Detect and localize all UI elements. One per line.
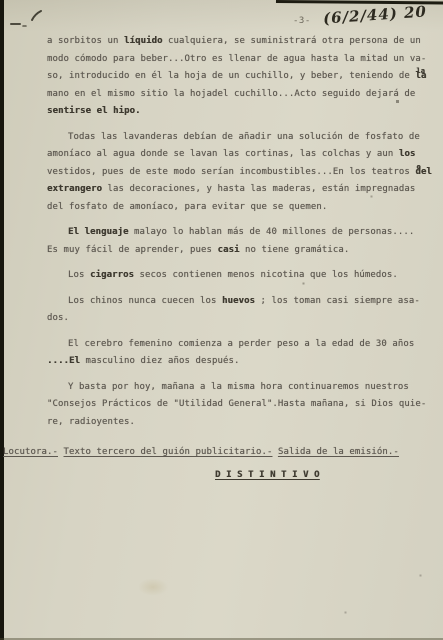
text-line: El lenguaje malayo lo hablan más de 40 m…: [47, 224, 430, 242]
text-line: amoníaco al agua donde se lavan las cort…: [47, 146, 430, 164]
text-segment: D I S T I N T I V O: [215, 470, 319, 480]
text-segment: casi: [217, 245, 239, 255]
text-segment: ; los toman casi siempre asa-: [255, 296, 420, 306]
text-line: a sorbitos un líquido cualquiera, se sum…: [47, 33, 430, 51]
text-segment: del fosfato de amoníaco, para evitar que…: [47, 202, 327, 212]
text-segment: sentirse el hipo.: [47, 106, 140, 116]
text-segment: Salida de la emisión.-: [278, 447, 399, 457]
text-segment: Locutora.-: [3, 447, 58, 457]
text-line: Todas las lavanderas debían de añadir un…: [47, 129, 430, 147]
text-segment: cigarros: [90, 270, 134, 280]
text-line: Es muy fácil de aprender, pues casi no t…: [47, 242, 430, 260]
text-segment: El cerebro femenino comienza a perder pe…: [68, 339, 414, 349]
scanned-document-page: (6/2/44) 20 -3- a sorbitos un líquido cu…: [0, 0, 443, 640]
text-segment: huevos: [222, 296, 255, 306]
text-segment: secos contienen menos nicotina que los h…: [134, 270, 398, 280]
text-segment: los: [399, 149, 416, 159]
distintivo: D I S T I N T I V O: [215, 467, 430, 485]
text-segment: re, radioyentes.: [47, 417, 135, 427]
paper-specks: [0, 0, 1, 1]
text-line: "Consejos Prácticos de "Utilidad General…: [47, 396, 430, 414]
handwritten-date-annotation: (6/2/44) 20: [322, 2, 427, 27]
text-segment: líquido: [124, 36, 163, 46]
scan-edge-left: [0, 0, 4, 640]
superscript-correction: e: [416, 159, 420, 177]
text-segment: masculino diez años después.: [80, 356, 239, 366]
text-line: ....El masculino diez años después.: [47, 353, 430, 371]
text-segment: a sorbitos un: [47, 36, 124, 46]
text-line: dos.: [47, 310, 430, 328]
text-line: so, introducido en él la hoja de un cuch…: [47, 68, 430, 86]
text-segment: dos.: [47, 313, 69, 323]
text-line: del fosfato de amoníaco, para evitar que…: [47, 199, 430, 217]
text-segment: amoníaco al agua donde se lavan las cort…: [47, 149, 399, 159]
text-line: Los cigarros secos contienen menos nicot…: [47, 267, 430, 285]
text-segment: Texto tercero del guión publicitario.-: [64, 447, 273, 457]
text-line: modo cómodo para beber...Otro es llenar …: [47, 51, 430, 69]
text-segment: las decoraciones, y hasta las maderas, e…: [102, 184, 415, 194]
text-segment: El lenguaje: [68, 227, 128, 237]
text-segment: extrangero: [47, 184, 102, 194]
text-segment: ....El: [47, 356, 80, 366]
text-segment: Los: [68, 270, 90, 280]
text-segment: modo cómodo para beber...Otro es llenar …: [47, 54, 426, 64]
text-segment: so, introducido en él la hoja de un cuch…: [47, 71, 415, 81]
text-line: vestidos, pues de este modo serían incom…: [47, 164, 430, 182]
text-line: El cerebro femenino comienza a perder pe…: [47, 336, 430, 354]
text-segment: Y basta por hoy, mañana a la misma hora …: [68, 382, 409, 392]
text-segment: lala: [415, 71, 426, 81]
footer-line: Locutora.- Texto tercero del guión publi…: [3, 444, 430, 462]
text-line: extrangero las decoraciones, y hasta las…: [47, 181, 430, 199]
typewritten-text: a sorbitos un líquido cualquiera, se sum…: [47, 33, 430, 484]
text-line: re, radioyentes.: [47, 414, 430, 432]
text-segment: dele: [415, 167, 432, 177]
text-line: mano en el mismo sitio la hojadel cuchil…: [47, 86, 430, 104]
text-segment: no tiene gramática.: [239, 245, 349, 255]
pen-scribble-marks: [8, 8, 62, 34]
page-number: -3-: [293, 16, 311, 26]
text-line: sentirse el hipo.: [47, 103, 430, 121]
text-segment: Los chinos nunca cuecen los: [68, 296, 222, 306]
paper-stain: [138, 578, 168, 596]
text-segment: Todas las lavanderas debían de añadir un…: [68, 132, 420, 142]
text-segment: Es muy fácil de aprender, pues: [47, 245, 217, 255]
superscript-correction: la: [416, 63, 424, 81]
text-segment: "Consejos Prácticos de "Utilidad General…: [47, 399, 426, 409]
text-segment: mano en el mismo sitio la hojadel cuchil…: [47, 89, 415, 99]
text-segment: malayo lo hablan más de 40 millones de p…: [128, 227, 414, 237]
text-segment: cualquiera, se suministrará otra persona…: [162, 36, 420, 46]
text-line: Los chinos nunca cuecen los huevos ; los…: [47, 293, 430, 311]
text-line: Y basta por hoy, mañana a la misma hora …: [47, 379, 430, 397]
text-segment: vestidos, pues de este modo serían incom…: [47, 167, 415, 177]
